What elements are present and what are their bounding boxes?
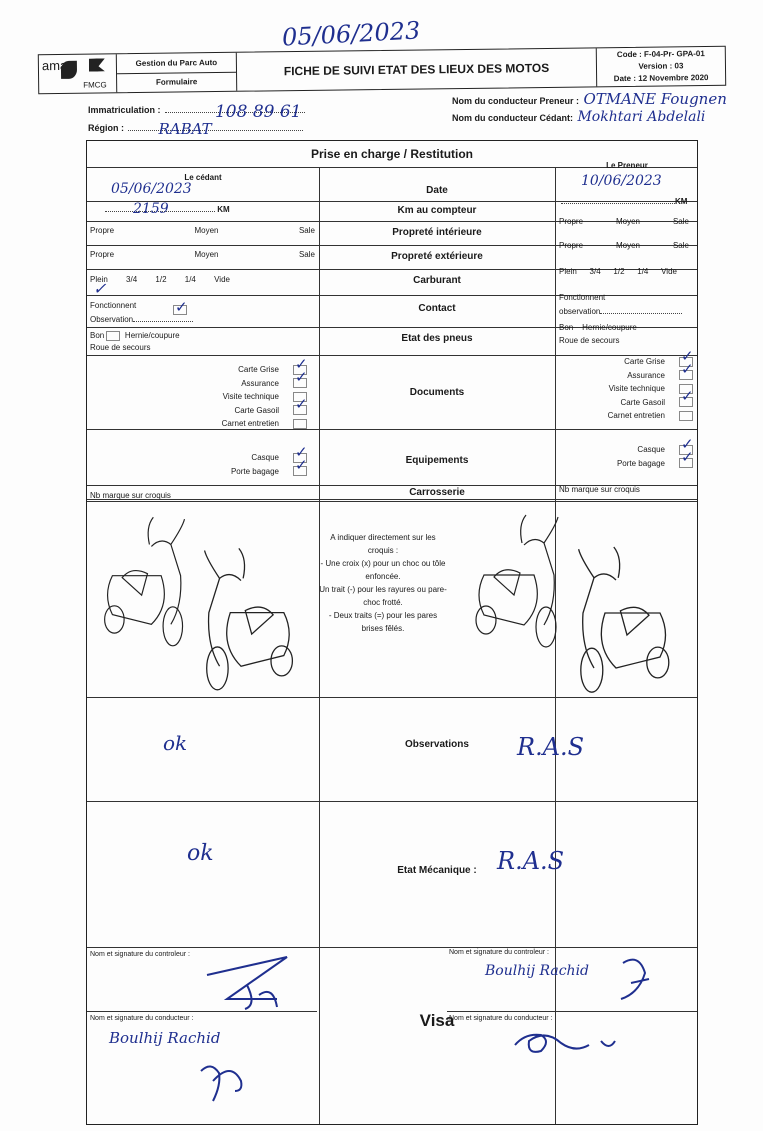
company-logo: ama FMCG [39, 54, 117, 93]
row-label-carrosserie: Carrosserie [319, 487, 555, 498]
preneur-fuel-options[interactable]: Plein 3/4 1/2 1/4 Vide [559, 267, 677, 276]
option-label: Vide [214, 275, 230, 284]
preneur-field[interactable]: Nom du conducteur Preneur : OTMANE Fougn… [452, 90, 727, 109]
row-label-km: Km au compteur [319, 205, 555, 216]
row-label-equipements: Equipements [319, 455, 555, 466]
right-controleur-sig-label: Nom et signature du controleur : [449, 949, 549, 956]
checklist-item: Carte Gasoil✓ [575, 396, 693, 410]
option-label: Propre [90, 250, 114, 259]
scooter-sketch-right[interactable] [459, 507, 695, 693]
immatriculation-field[interactable]: Immatriculation : 108 89 61 [88, 100, 305, 118]
immatriculation-label: Immatriculation : [88, 105, 161, 115]
checklist-label: Carnet entretien [608, 409, 665, 423]
checklist-checkbox[interactable] [679, 411, 693, 421]
cedant-etat-mecanique-value[interactable]: ok [187, 841, 214, 866]
cedant-km-field[interactable]: 2159 KM [105, 205, 230, 214]
checklist-item: Carte Gasoil✓ [127, 404, 307, 418]
preneur-etat-mecanique-value[interactable]: R.A.S [497, 847, 564, 875]
row-label-contact: Contact [319, 303, 555, 314]
checklist-label: Visite technique [223, 390, 279, 404]
checklist-label: Casque [251, 451, 279, 465]
right-controleur-signature[interactable]: Boulhij Rachid [485, 963, 589, 979]
cedant-observation-field[interactable]: Observation [90, 315, 193, 324]
cedant-equipements-list: Casque✓Porte bagage✓ [127, 451, 307, 478]
bon-label: Bon [90, 331, 104, 340]
option-label: Moyen [194, 226, 218, 235]
form-header: ama FMCG Gestion du Parc Auto Formulaire… [38, 46, 726, 94]
observation-label: Observation [90, 315, 133, 324]
checklist-item: Porte bagage✓ [575, 457, 693, 471]
preneur-label: Nom du conducteur Preneur : [452, 96, 579, 106]
preneur-observation-field[interactable]: observation [559, 307, 682, 316]
option-label: Sale [673, 217, 689, 226]
option-label: Propre [90, 226, 114, 235]
checkmark-icon: ✓ [93, 279, 106, 298]
checklist-label: Casque [637, 443, 665, 457]
row-label-prop-ext: Propreté extérieure [319, 251, 555, 262]
scooter-sketch-left[interactable] [91, 507, 315, 693]
form-version: Version : 03 [638, 60, 683, 73]
option-label: Propre [559, 217, 583, 226]
left-controleur-sig-label: Nom et signature du controleur : [90, 951, 190, 958]
cedant-contact-label: Fonctionnent [90, 301, 136, 310]
checklist-label: Carte Gasoil [235, 404, 279, 418]
region-label: Région : [88, 123, 124, 133]
checklist-label: Porte bagage [617, 457, 665, 471]
checkmark-icon: ✓ [175, 298, 188, 316]
checklist-item: Visite technique [127, 390, 307, 404]
checklist-item: Carte Grise✓ [127, 363, 307, 377]
cedant-documents-list: Carte Grise✓Assurance✓Visite techniqueCa… [127, 363, 307, 431]
checkmark-icon: ✓ [295, 459, 308, 473]
row-label-pneus: Etat des pneus [319, 333, 555, 344]
checklist-label: Visite technique [609, 382, 665, 396]
checklist-label: Assurance [627, 369, 665, 383]
row-label-carburant: Carburant [319, 275, 555, 286]
cedant-km-value: 2159 [133, 201, 169, 217]
region-value: RABAT [158, 120, 211, 138]
scooter-icon [459, 507, 695, 693]
doc-type-label: Formulaire [117, 72, 236, 92]
option-label: Moyen [194, 250, 218, 259]
left-controleur-signature[interactable] [187, 955, 307, 1011]
option-label: 1/4 [637, 267, 648, 276]
option-label: 1/4 [185, 275, 196, 284]
preneur-observations-value[interactable]: R.A.S [517, 733, 584, 761]
checklist-checkbox[interactable]: ✓ [293, 466, 307, 476]
option-label: Propre [559, 241, 583, 250]
preneur-prop-ext-options[interactable]: Propre Moyen Sale [559, 241, 689, 250]
checklist-item: Carnet entretien [575, 409, 693, 423]
option-label: 3/4 [590, 267, 601, 276]
left-conducteur-sig-label: Nom et signature du conducteur : [90, 1015, 194, 1022]
form-date: Date : 12 Novembre 2020 [614, 72, 709, 85]
hernie-label: Hernie/coupure [125, 331, 180, 340]
bon-checkbox[interactable] [106, 331, 120, 341]
cedant-field[interactable]: Nom du conducteur Cédant: Mokhtari Abdel… [452, 108, 705, 126]
row-label-documents: Documents [319, 387, 555, 398]
option-label: 1/2 [613, 267, 624, 276]
cedant-label: Nom du conducteur Cédant: [452, 113, 573, 123]
cedant-prop-ext-options[interactable]: Propre Moyen Sale [90, 250, 315, 259]
cedant-value: Mokhtari Abdelali [577, 109, 705, 125]
option-label: Sale [299, 250, 315, 259]
preneur-header: Le Preneur [555, 161, 699, 170]
checklist-item: Carte Grise✓ [575, 355, 693, 369]
preneur-prop-int-options[interactable]: Propre Moyen Sale [559, 217, 689, 226]
checklist-label: Carnet entretien [222, 417, 279, 431]
scooter-icon [91, 507, 315, 693]
checklist-item: Assurance✓ [575, 369, 693, 383]
checklist-label: Assurance [241, 377, 279, 391]
checklist-label: Carte Gasoil [621, 396, 665, 410]
croquis-instructions: A indiquer directement sur les croquis :… [319, 531, 447, 635]
row-label-date: Date [319, 185, 555, 196]
km-unit: KM [217, 205, 229, 214]
cedant-observations-value[interactable]: ok [163, 731, 187, 755]
bon-label: Bon [559, 323, 573, 332]
cedant-contact-checkbox[interactable]: ✓ [173, 305, 187, 315]
row-label-prop-int: Propreté intérieure [319, 227, 555, 238]
inspection-table: Prise en charge / Restitution Date Km au… [86, 140, 698, 1125]
handwritten-date: 05/06/2023 [281, 16, 421, 51]
preneur-bon-label: Bon Hernie/coupure [559, 323, 637, 332]
cedant-fuel-options[interactable]: Plein 3/4 1/2 1/4 Vide [90, 275, 230, 284]
option-label: Moyen [616, 217, 640, 226]
checklist-checkbox[interactable]: ✓ [293, 378, 307, 388]
cedant-date[interactable]: 05/06/2023 [111, 181, 192, 197]
checklist-item: Casque✓ [127, 451, 307, 465]
option-label: Sale [299, 226, 315, 235]
checklist-label: Porte bagage [231, 465, 279, 479]
preneur-documents-list: Carte Grise✓Assurance✓Visite techniqueCa… [575, 355, 693, 423]
checklist-item: Porte bagage✓ [127, 465, 307, 479]
department-label: Gestion du Parc Auto [117, 53, 236, 74]
checkmark-icon: ✓ [295, 371, 308, 385]
preneur-roue-label: Roue de secours [559, 336, 619, 345]
checkmark-icon: ✓ [681, 363, 694, 377]
cedant-prop-int-options[interactable]: Propre Moyen Sale [90, 226, 315, 235]
checkmark-icon: ✓ [681, 451, 694, 465]
option-label: Moyen [616, 241, 640, 250]
preneur-value: OTMANE Fougnen [583, 90, 726, 108]
table-title: Prise en charge / Restitution [87, 143, 697, 161]
leaf-icon [61, 61, 77, 79]
checklist-checkbox[interactable]: ✓ [293, 405, 307, 415]
preneur-date[interactable]: 10/06/2023 [581, 173, 662, 189]
form-code: Code : F-04-Pr- GPA-01 [617, 48, 705, 61]
km-unit: KM [675, 197, 687, 206]
checkmark-icon: ✓ [295, 398, 308, 412]
preneur-equipements-list: Casque✓Porte bagage✓ [575, 443, 693, 470]
hernie-label: Hernie/coupure [582, 323, 637, 332]
checklist-item: Assurance✓ [127, 377, 307, 391]
arrow-logo-icon [89, 58, 105, 71]
option-label: Vide [661, 267, 677, 276]
checklist-item: Carnet entretien [127, 417, 307, 431]
checklist-checkbox[interactable]: ✓ [679, 370, 693, 380]
logo-subtext: FMCG [83, 80, 107, 89]
checklist-item: Casque✓ [575, 443, 693, 457]
region-field[interactable]: Région : RABAT [88, 118, 303, 136]
option-label: Plein [559, 267, 577, 276]
left-conducteur-signature-mark [191, 1051, 261, 1111]
checklist-checkbox[interactable]: ✓ [679, 397, 693, 407]
right-controleur-signature-mark [615, 953, 655, 1003]
option-label: Sale [673, 241, 689, 250]
form-title: FICHE DE SUIVI ETAT DES LIEUX DES MOTOS [237, 48, 597, 90]
option-label: 3/4 [126, 275, 137, 284]
option-label: 1/2 [155, 275, 166, 284]
left-conducteur-signature[interactable]: Boulhij Rachid [109, 1029, 220, 1047]
preneur-km-field[interactable]: KM [561, 197, 687, 206]
preneur-contact-label: Fonctionnent [559, 293, 605, 302]
checklist-label: Carte Grise [624, 355, 665, 369]
checklist-checkbox[interactable] [293, 419, 307, 429]
checklist-checkbox[interactable]: ✓ [679, 458, 693, 468]
right-conducteur-signature[interactable] [505, 1021, 625, 1061]
checklist-label: Carte Grise [238, 363, 279, 377]
cedant-roue-label: Roue de secours [90, 343, 150, 352]
observation-label: observation [559, 307, 600, 316]
preneur-nb-marque: Nb marque sur croquis [559, 485, 640, 494]
checkmark-icon: ✓ [681, 390, 694, 404]
checklist-item: Visite technique [575, 382, 693, 396]
cedant-bon-label: Bon Hernie/coupure [90, 331, 180, 341]
